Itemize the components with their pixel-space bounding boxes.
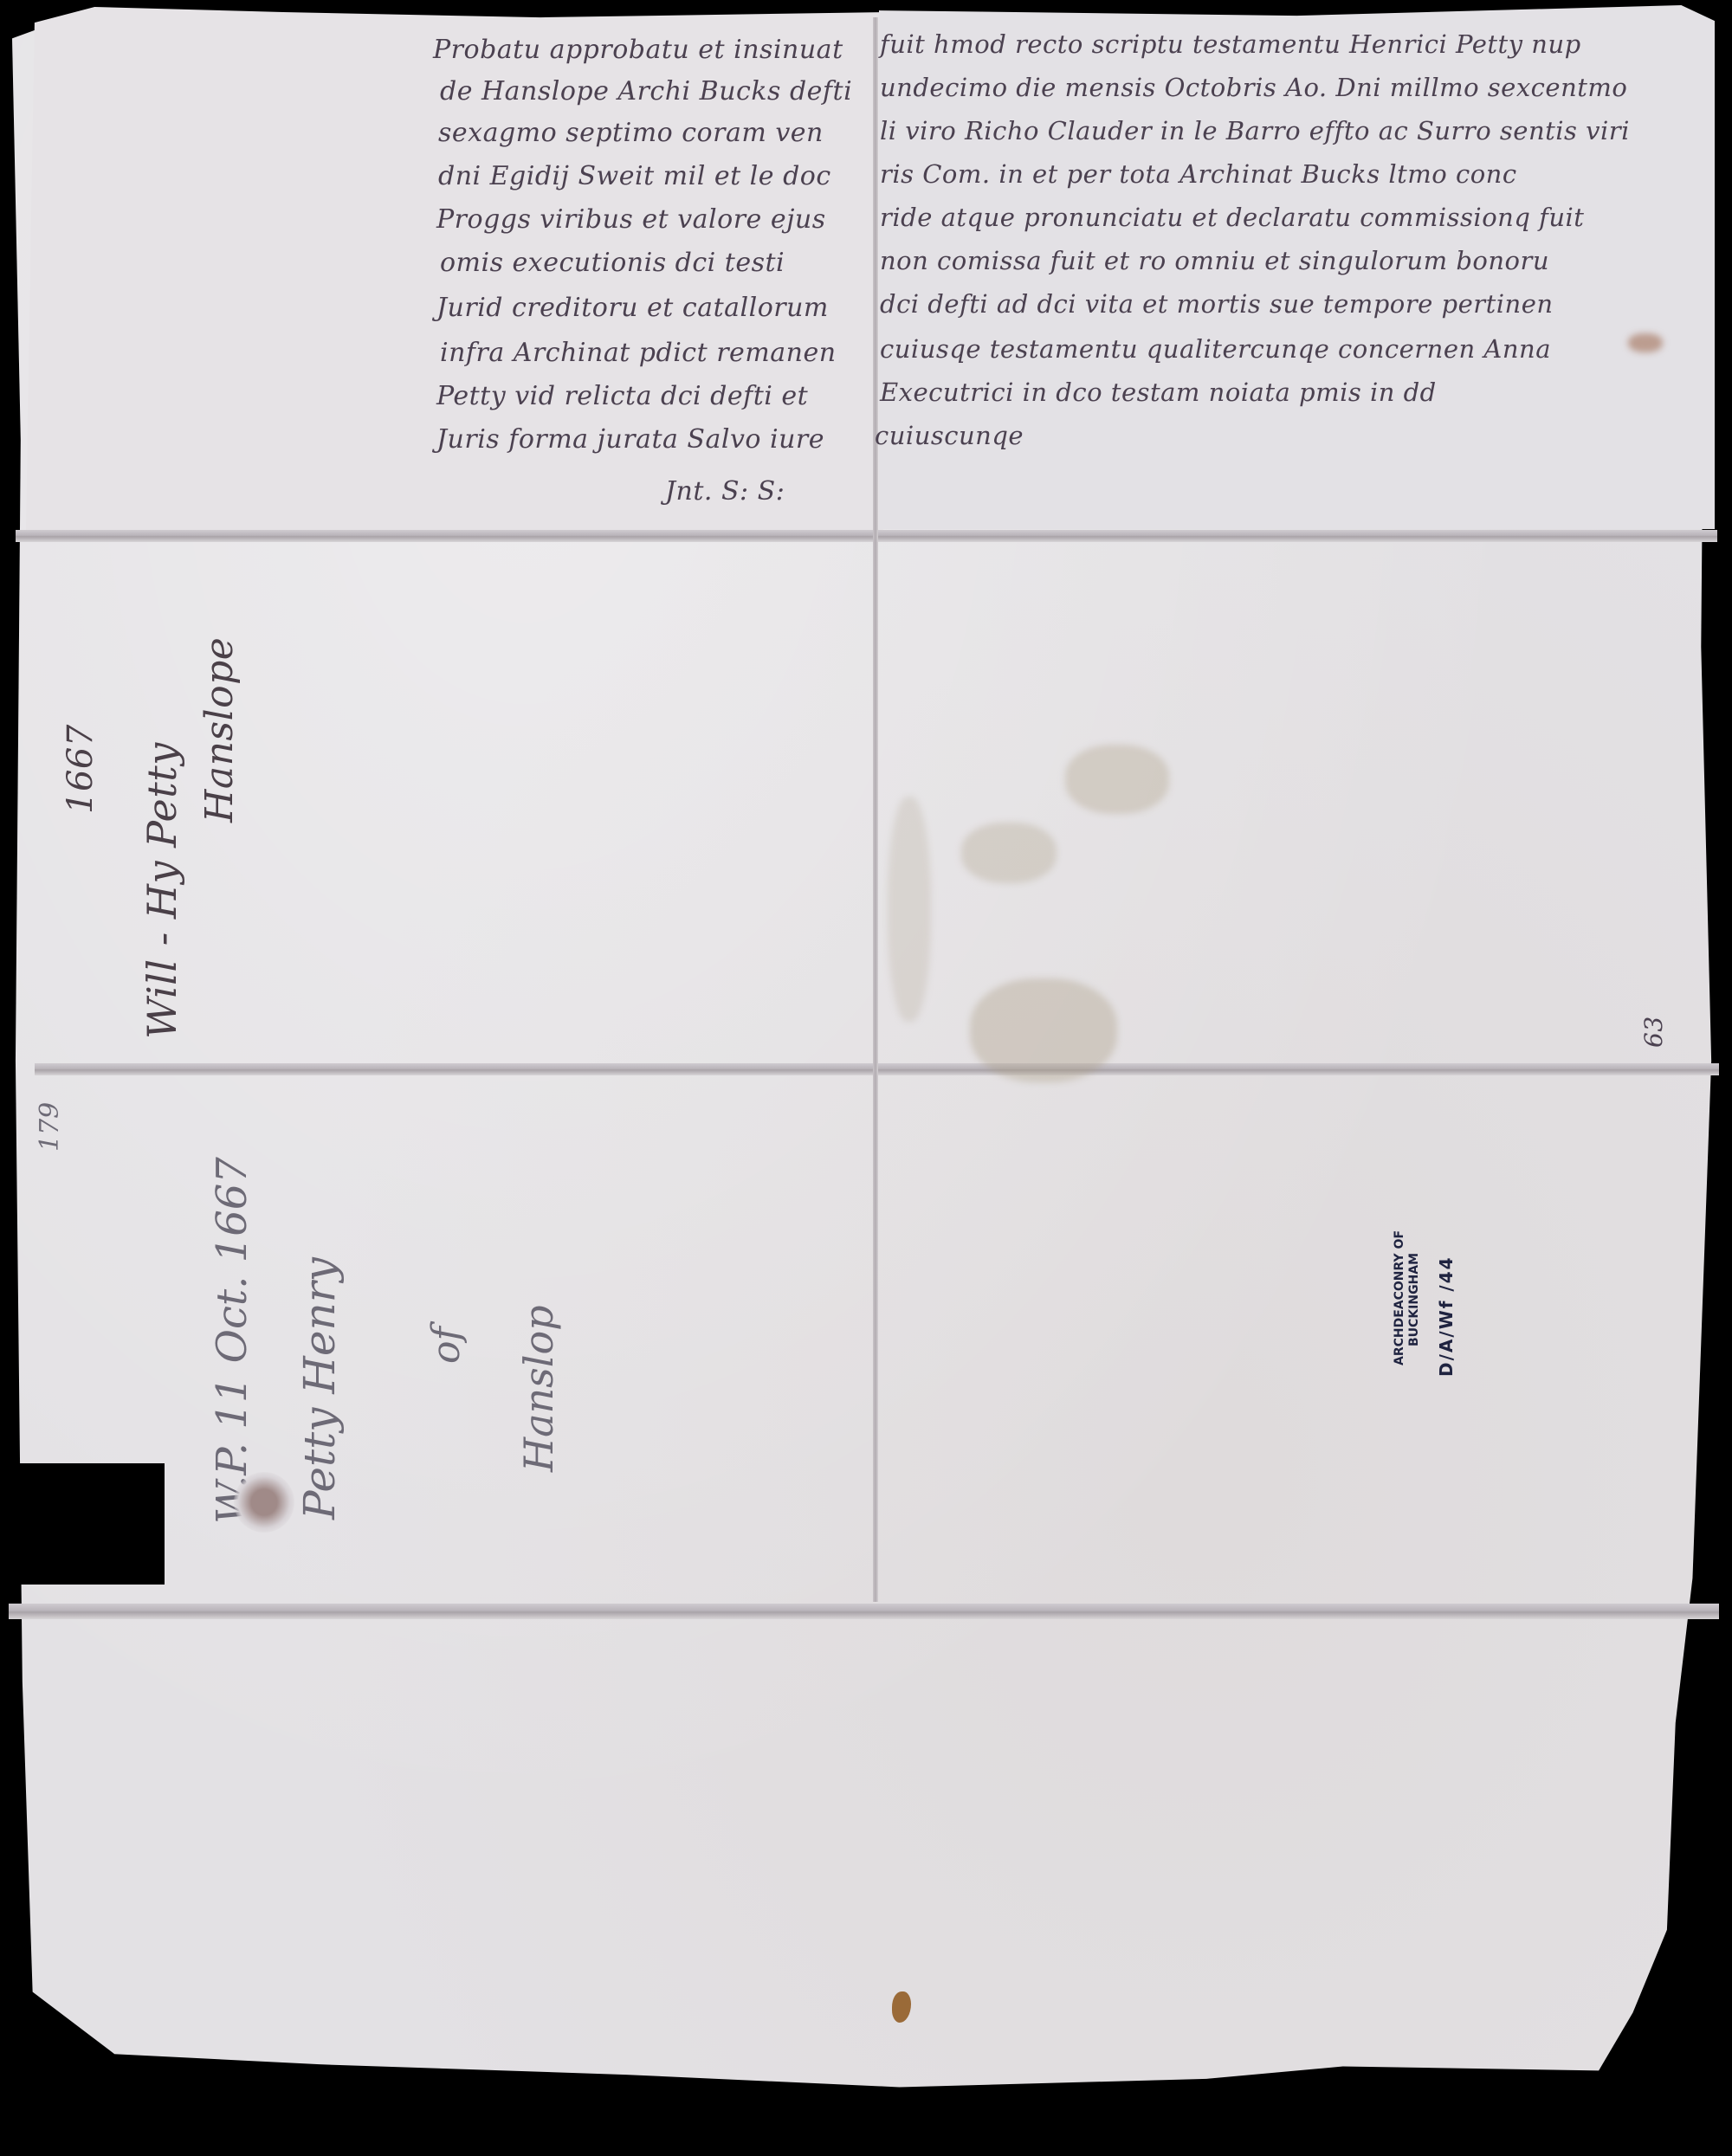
stain-1 [1065,745,1169,814]
probate-line: non comissa fuit et ro omniu et singulor… [880,246,1549,275]
endorsement-name: Petty Henry [294,1257,345,1520]
probate-line: dni Egidij Sweit mil et le doc [438,161,831,191]
probate-line: Petty vid relicta dci defti et [436,381,808,411]
probate-line: sexagmo septimo coram ven [438,118,824,148]
probate-line: de Hanslope Archi Bucks defti [440,76,852,107]
fold-line-3 [9,1604,1719,1619]
archive-reference: D/A/Wf /44 [1436,1256,1457,1377]
probate-line: omis executionis dci testi [440,248,785,278]
probate-line: ride atque pronunciatu et declaratu comm… [880,203,1584,232]
signature: Jnt. S: S: [665,476,785,507]
docket-year: 1667 [61,724,100,814]
archive-stamp-line-1: ARCHDEACONRY OF [1393,1230,1406,1365]
stain-2 [961,823,1057,883]
probate-line: Juris forma jurata Salvo iure [436,424,824,455]
probate-line: cuiusqe testamentu qualitercunqe concern… [880,334,1551,364]
endorsement-place: Hanslop [515,1305,562,1472]
fold-line-1 [16,530,1717,542]
margin-mark: 63 [1639,1016,1668,1048]
stain-3 [970,978,1117,1082]
endorsement-of: of [424,1327,469,1364]
archive-stamp-line-2: BUCKINGHAM [1407,1253,1421,1346]
docket-line-1: Will - Hy Petty [139,742,185,1039]
stain-edge [1628,333,1663,352]
fold-line-vertical [873,17,878,1602]
docket-line-2: Hanslope [197,637,242,823]
probate-line: Probatu approbatu et insinuat [433,35,843,65]
probate-line: fuit hmod recto scriptu testamentu Henri… [880,29,1581,59]
probate-line: Jurid creditoru et catallorum [436,293,829,323]
probate-line: Executrici in dco testam noiata pmis in … [880,378,1437,407]
stain-4 [888,797,931,1022]
probate-line: li viro Richo Clauder in le Barro effto … [880,116,1630,145]
cutout-notch [0,1463,165,1585]
probate-line: dci defti ad dci vita et mortis sue temp… [880,289,1554,319]
folio-number: 179 [35,1102,65,1152]
probate-line: cuiuscunqe [875,421,1024,450]
probate-line: Proggs viribus et valore ejus [436,204,826,235]
probate-line: ris Com. in et per tota Archinat Bucks l… [880,159,1517,189]
endorsement-date: W.P. 11 Oct. 1667 [208,1157,256,1524]
probate-line: undecimo die mensis Octobris Ao. Dni mil… [880,73,1627,102]
probate-line: infra Archinat pdict remanen [440,338,837,368]
seal-remnant [234,1472,294,1533]
